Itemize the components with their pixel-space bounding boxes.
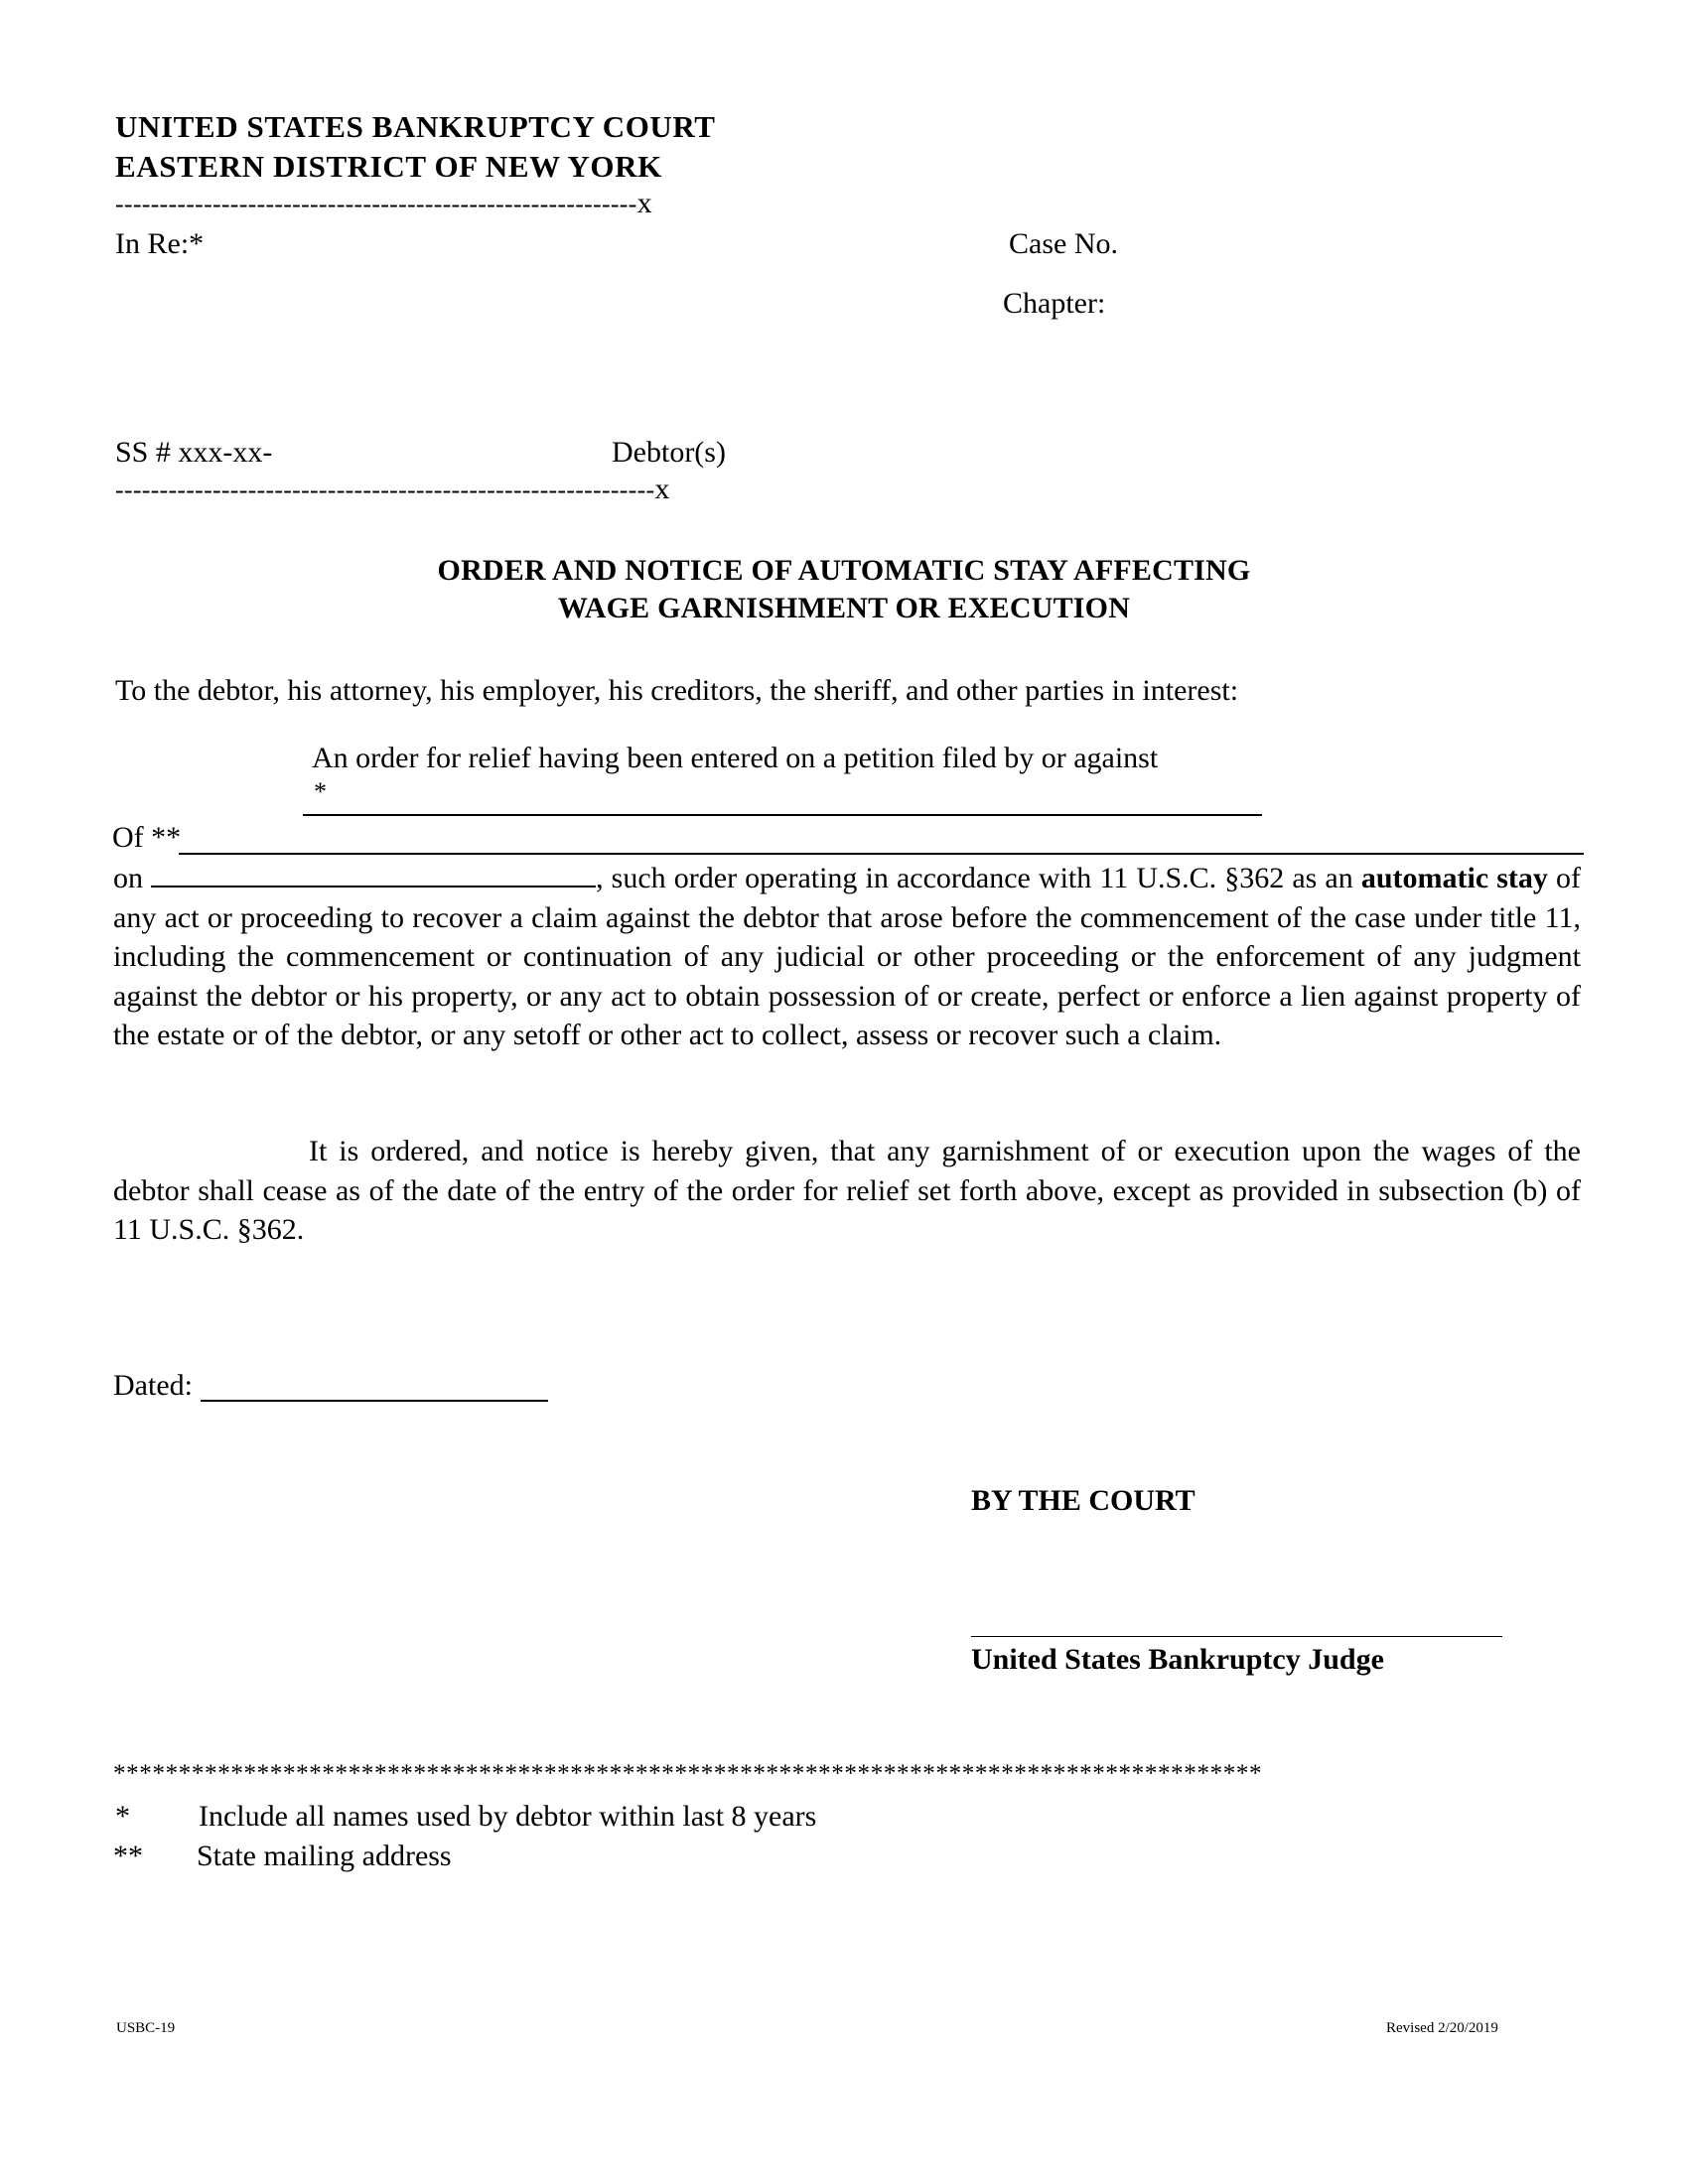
judge-signature-line[interactable] [971, 1636, 1502, 1637]
salutation: To the debtor, his attorney, his employe… [115, 673, 1238, 709]
judge-title: United States Bankruptcy Judge [971, 1642, 1384, 1678]
dated-field[interactable] [201, 1400, 548, 1402]
case-number-label: Case No. [1009, 226, 1118, 262]
caption-top-rule: ----------------------------------------… [115, 189, 652, 219]
caption-bottom-rule: ----------------------------------------… [115, 475, 670, 505]
address-label: Of ** [112, 820, 181, 856]
order-title-line2: WAGE GARNISHMENT OR EXECUTION [0, 590, 1688, 627]
footnote-2-text: State mailing address [197, 1839, 452, 1874]
debtor-address-field[interactable] [179, 853, 1584, 855]
footnote-1-marker: * [115, 1799, 130, 1835]
on-label: on [113, 862, 143, 894]
chapter-label: Chapter: [1003, 286, 1105, 322]
by-the-court: BY THE COURT [971, 1483, 1196, 1519]
court-district: EASTERN DISTRICT OF NEW YORK [115, 147, 662, 187]
footnote-1-text: Include all names used by debtor within … [199, 1799, 816, 1835]
footnote-separator: ****************************************… [113, 1759, 1262, 1789]
relief-intro: An order for relief having been entered … [312, 741, 1158, 776]
footnote-2-marker: ** [113, 1839, 143, 1874]
court-name: UNITED STATES BANKRUPTCY COURT [115, 107, 716, 147]
debtors-label: Debtor(s) [612, 435, 726, 471]
ssn-label: SS # xxx-xx- [115, 435, 272, 471]
debtor-name-marker: * [314, 774, 327, 810]
garnishment-order-paragraph: It is ordered, and notice is hereby give… [113, 1132, 1581, 1250]
order-title-line1: ORDER AND NOTICE OF AUTOMATIC STAY AFFEC… [0, 552, 1688, 590]
debtor-name-field[interactable] [303, 814, 1262, 816]
revised-date: Revised 2/20/2019 [1386, 2019, 1498, 2037]
order-date-field[interactable] [151, 860, 596, 887]
dated-label: Dated: [113, 1368, 193, 1404]
form-id: USBC-19 [116, 2019, 175, 2037]
in-re-label: In Re:* [115, 226, 204, 262]
automatic-stay-paragraph: on , such order operating in accordance … [113, 859, 1581, 1055]
